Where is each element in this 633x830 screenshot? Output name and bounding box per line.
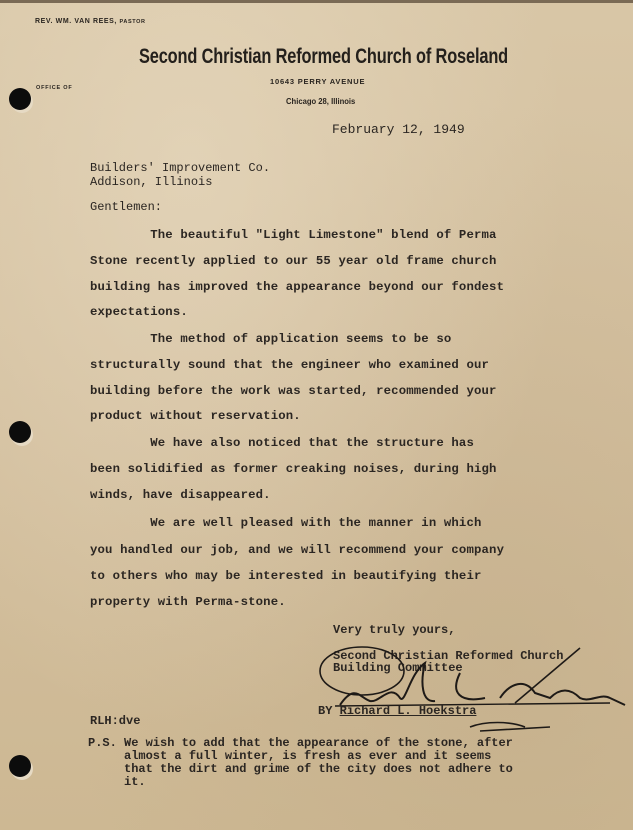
postscript-line: almost a full winter, is fresh as ever a… (88, 749, 491, 763)
letterhead-street: 10643 PERRY AVENUE (270, 77, 365, 86)
paragraph-line: been solidified as former creaking noise… (90, 462, 497, 476)
paragraph-line: The beautiful "Light Limestone" blend of… (90, 228, 497, 242)
paragraph-line: building has improved the appearance bey… (90, 280, 504, 294)
letterhead-pastor: REV. WM. VAN REES, PASTOR (35, 18, 146, 25)
paragraph-line: to others who may be interested in beaut… (90, 569, 482, 583)
paragraph-line: The method of application seems to be so (90, 332, 451, 346)
office-of-label: OFFICE OF (36, 85, 73, 91)
paragraph-line: winds, have disappeared. (90, 488, 271, 502)
signer-line: BY Richard L. Hoekstra (318, 704, 476, 718)
pastor-name: REV. WM. VAN REES, (35, 18, 117, 25)
paragraph-line: structurally sound that the engineer who… (90, 358, 489, 372)
signer-name: Richard L. Hoekstra (340, 704, 477, 718)
paragraph-line: We are well pleased with the manner in w… (90, 516, 482, 530)
paragraph-line: you handled our job, and we will recomme… (90, 543, 504, 557)
recipient-line: Addison, Illinois (90, 175, 212, 189)
paragraph-line: product without reservation. (90, 409, 301, 423)
binder-hole-icon (9, 421, 31, 443)
closing: Very truly yours, (333, 623, 455, 637)
letter-page: REV. WM. VAN REES, PASTOR OFFICE OF Seco… (0, 0, 633, 830)
postscript-line: it. (88, 775, 146, 789)
church-name-heading: Second Christian Reformed Church of Rose… (139, 45, 451, 69)
paragraph-line: building before the work was started, re… (90, 384, 497, 398)
signature-icon (310, 643, 633, 743)
postscript-line: P.S. We wish to add that the appearance … (88, 736, 513, 750)
paragraph-line: We have also noticed that the structure … (90, 436, 474, 450)
paragraph-line: property with Perma-stone. (90, 595, 286, 609)
binder-hole-icon (9, 88, 31, 110)
paragraph-line: expectations. (90, 305, 188, 319)
reference-initials: RLH:dve (90, 714, 140, 728)
postscript-line: that the dirt and grime of the city does… (88, 762, 513, 776)
letter-date: February 12, 1949 (332, 122, 465, 137)
recipient-line: Builders' Improvement Co. (90, 161, 270, 175)
pastor-title: PASTOR (120, 19, 146, 25)
by-label: BY (318, 704, 340, 718)
salutation: Gentlemen: (90, 200, 162, 214)
letterhead-city: Chicago 28, Illinois (286, 96, 355, 106)
paragraph-line: Stone recently applied to our 55 year ol… (90, 254, 497, 268)
binder-hole-icon (9, 755, 31, 777)
